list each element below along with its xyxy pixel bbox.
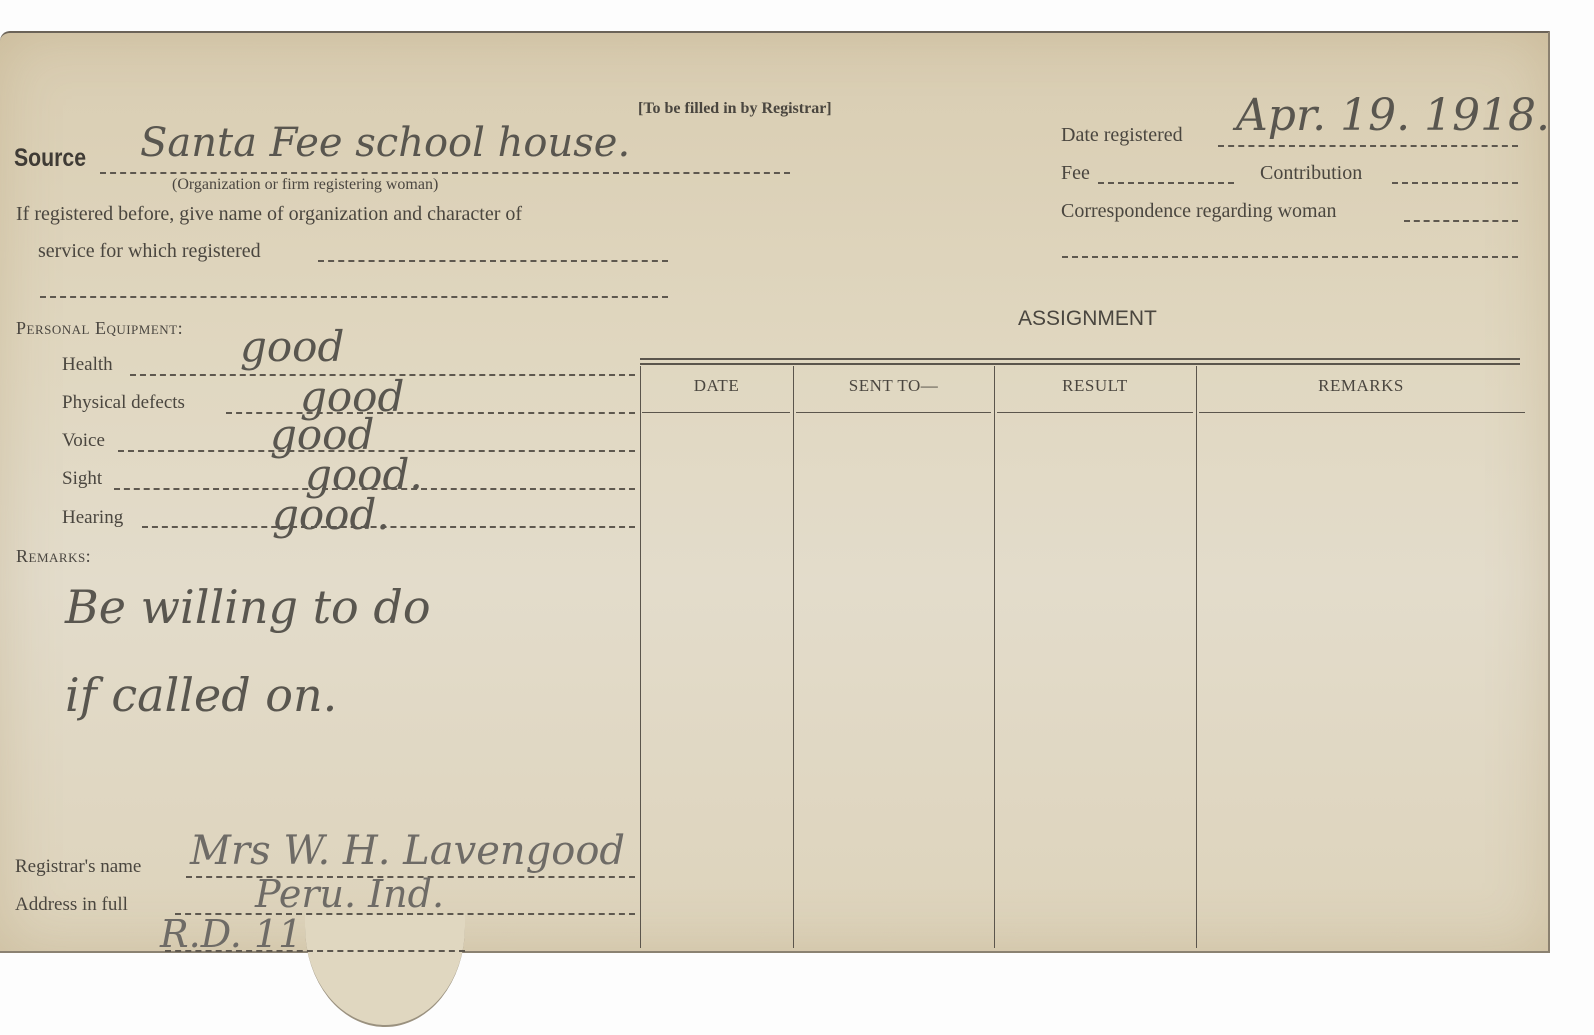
address-label: Address in full: [15, 894, 128, 916]
column-header-remarks: REMARKS: [1196, 376, 1526, 396]
correspondence-line-2[interactable]: [1062, 256, 1518, 258]
hearing-label: Hearing: [62, 507, 123, 529]
health-value[interactable]: good: [240, 322, 344, 371]
column-divider: [1196, 366, 1197, 948]
column-divider: [793, 366, 794, 948]
date-registered-line: [1218, 145, 1518, 147]
registrar-value[interactable]: Mrs W. H. Lavengood: [190, 828, 625, 874]
column-divider: [640, 366, 641, 948]
source-line: [100, 172, 790, 174]
source-value[interactable]: Santa Fee school house.: [140, 120, 630, 166]
date-registered-label: Date registered: [1061, 124, 1183, 147]
voice-label: Voice: [62, 430, 105, 452]
remarks-line-2[interactable]: if called on.: [65, 668, 337, 722]
address-value-1[interactable]: Peru. Ind.: [255, 872, 444, 916]
personal-equipment-heading: Personal Equipment:: [16, 318, 183, 339]
sight-label: Sight: [62, 468, 102, 490]
source-label: Source: [14, 144, 86, 173]
fee-label: Fee: [1061, 162, 1090, 185]
column-header-sent-to: SENT TO—: [793, 376, 994, 396]
card-tab: [305, 915, 465, 1027]
address-value-2[interactable]: R.D. 11: [160, 912, 302, 956]
header-rule: [997, 412, 1193, 413]
hearing-value[interactable]: good.: [272, 490, 390, 539]
registered-before-text-2: service for which registered: [38, 240, 261, 263]
correspondence-label: Correspondence regarding woman: [1061, 200, 1336, 223]
header-rule: [796, 412, 991, 413]
fee-line[interactable]: [1098, 182, 1234, 184]
assignment-title: ASSIGNMENT: [1018, 307, 1157, 331]
column-header-date: DATE: [640, 376, 793, 396]
registered-before-text: If registered before, give name of organ…: [16, 203, 522, 226]
source-caption: (Organization or firm registering woman): [172, 176, 438, 194]
health-label: Health: [62, 354, 113, 376]
table-top-rule: [640, 358, 1520, 365]
header-rule: [642, 412, 790, 413]
correspondence-line[interactable]: [1404, 220, 1518, 222]
registered-before-line-2[interactable]: [40, 296, 668, 298]
assignment-table: DATE SENT TO— RESULT REMARKS: [640, 358, 1520, 948]
registrar-label: Registrar's name: [15, 856, 141, 878]
contribution-label: Contribution: [1260, 162, 1362, 185]
column-divider: [994, 366, 995, 948]
header-rule: [1199, 412, 1525, 413]
column-header-result: RESULT: [994, 376, 1196, 396]
date-registered-value[interactable]: Apr. 19. 1918.: [1236, 90, 1550, 141]
remarks-line-1[interactable]: Be willing to do: [65, 580, 431, 634]
physical-defects-label: Physical defects: [62, 392, 185, 414]
registrar-note: [To be filled in by Registrar]: [638, 100, 832, 118]
remarks-heading: Remarks:: [16, 546, 91, 567]
registered-before-line[interactable]: [318, 260, 668, 262]
contribution-line[interactable]: [1392, 182, 1518, 184]
